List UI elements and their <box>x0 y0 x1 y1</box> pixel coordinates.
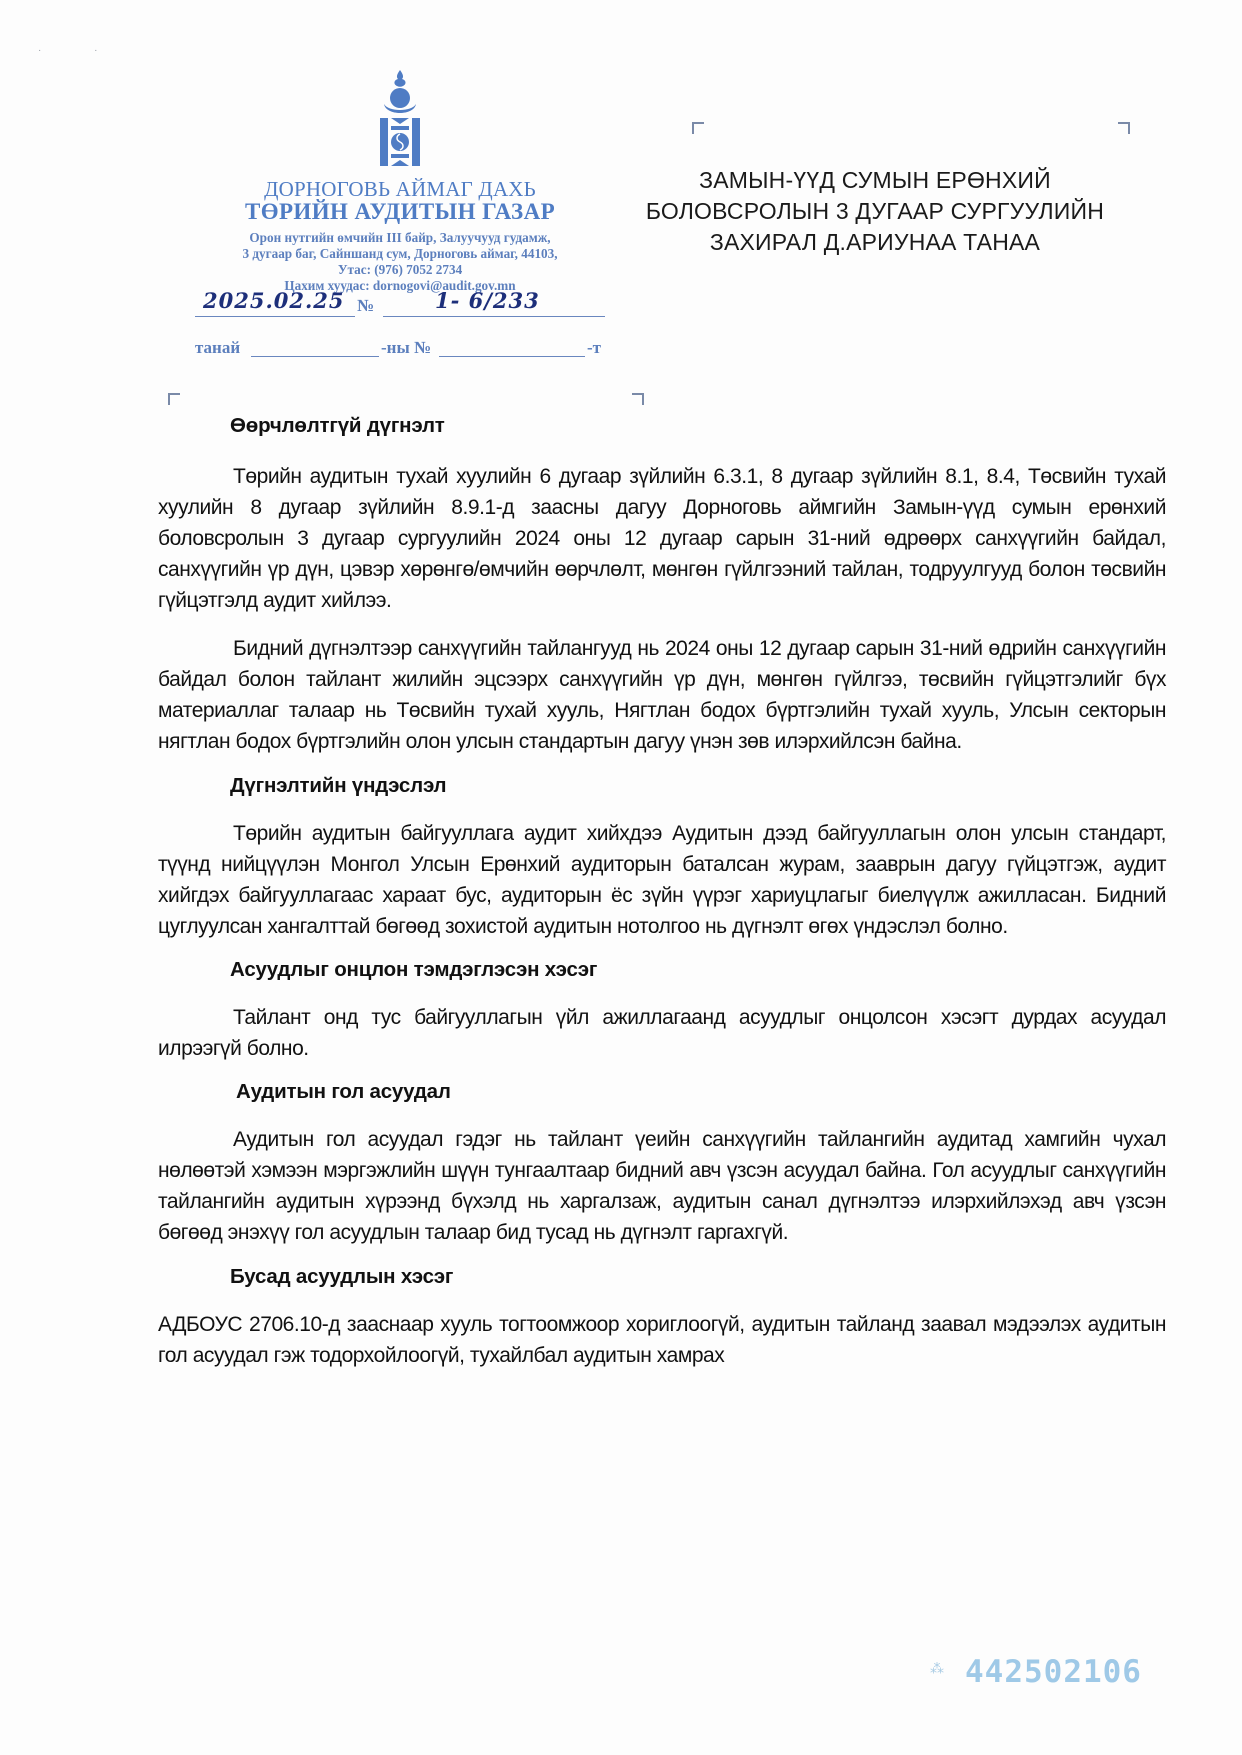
ref-mid: -ны № <box>381 338 431 358</box>
ref-prefix: танай <box>195 338 240 358</box>
document-page: · · ДОРНОГОВЬ АЙМАГ ДАХЬ ТӨРИЙН АУДИТЫН … <box>0 0 1242 1755</box>
ref-suffix: -т <box>587 338 601 358</box>
phone-line: Утас: (976) 7052 2734 <box>190 262 610 278</box>
letter-number: 1- 6/233 <box>435 288 540 313</box>
org-name-line1: ДОРНОГОВЬ АЙМАГ ДАХЬ <box>190 178 610 200</box>
letter-body: Өөрчлөлтгүй дүгнэлт Төрийн аудитын тухай… <box>158 412 1166 1371</box>
paragraph: Төрийн аудитын байгууллага аудит хийхдээ… <box>158 818 1166 942</box>
paragraph: Тайлант онд тус байгууллагын үйл ажиллаг… <box>158 1002 1166 1064</box>
recipient-line: ЗАМЫН-ҮҮД СУМЫН ЕРӨНХИЙ <box>630 165 1120 196</box>
letter-date: 2025.02.25 <box>203 288 345 313</box>
ref-underline-1 <box>251 356 379 357</box>
paragraph: Төрийн аудитын тухай хуулийн 6 дугаар зү… <box>158 461 1166 616</box>
org-name-line2: ТӨРИЙН АУДИТЫН ГАЗАР <box>190 200 610 224</box>
scan-specks: · · <box>38 45 122 56</box>
section-heading: Дүгнэлтийн үндэслэл <box>158 772 1166 800</box>
number-underline <box>383 316 605 317</box>
letter-date-number-row: 2025.02.25 № 1- 6/233 <box>195 290 605 320</box>
number-label: № <box>357 296 374 316</box>
stamp-mark: ⁂ <box>930 1660 944 1677</box>
stamp-serial-number: 442502106 <box>965 1654 1142 1690</box>
address-line: Орон нутгийн өмчийн III байр, Залуучууд … <box>190 230 610 246</box>
section-heading: Бусад асуудлын хэсэг <box>158 1263 1166 1291</box>
recipient-block: ЗАМЫН-ҮҮД СУМЫН ЕРӨНХИЙ БОЛОВСРОЛЫН 3 ДУ… <box>630 165 1120 258</box>
paragraph: АДБОУС 2706.10-д зааснаар хууль тогтоомж… <box>158 1309 1166 1371</box>
org-address: Орон нутгийн өмчийн III байр, Залуучууд … <box>190 230 610 294</box>
ref-underline-2 <box>439 356 585 357</box>
paragraph: Аудитын гол асуудал гэдэг нь тайлант үеи… <box>158 1124 1166 1248</box>
soyombo-emblem-icon <box>370 68 430 176</box>
corner-mark <box>168 393 180 405</box>
paragraph: Бидний дүгнэлтээр санхүүгийн тайлангууд … <box>158 633 1166 757</box>
letterhead: ДОРНОГОВЬ АЙМАГ ДАХЬ ТӨРИЙН АУДИТЫН ГАЗА… <box>190 68 610 294</box>
address-line: 3 дугаар баг, Сайншанд сум, Дорноговь ай… <box>190 246 610 262</box>
date-underline <box>195 316 355 317</box>
corner-mark <box>1118 122 1130 134</box>
corner-mark <box>632 393 644 405</box>
section-heading: Асуудлыг онцлон тэмдэглэсэн хэсэг <box>158 956 1166 984</box>
corner-mark <box>692 122 704 134</box>
recipient-line: ЗАХИРАЛ Д.АРИУНАА ТАНАА <box>630 227 1120 258</box>
reference-row: танай -ны № -т <box>195 338 605 364</box>
section-heading: Өөрчлөлтгүй дүгнэлт <box>158 412 1166 440</box>
recipient-line: БОЛОВСРОЛЫН 3 ДУГААР СУРГУУЛИЙН <box>630 196 1120 227</box>
section-heading: Аудитын гол асуудал <box>158 1078 1166 1106</box>
